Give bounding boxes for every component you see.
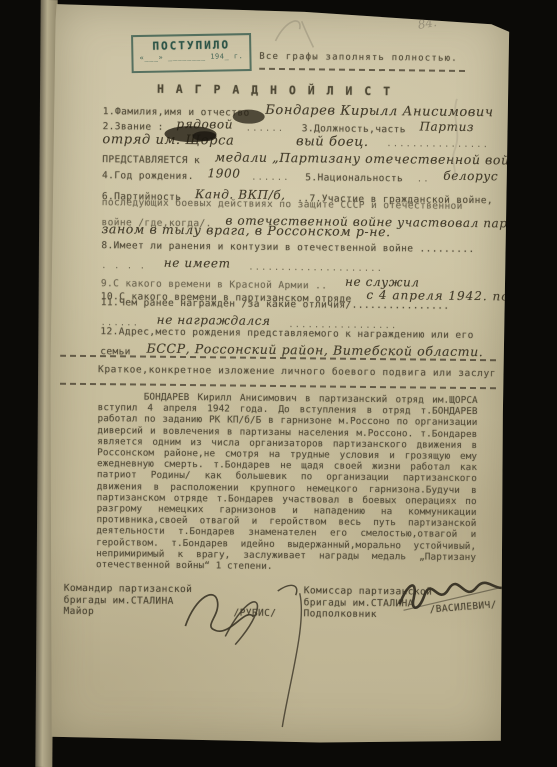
received-stamp: ПОСТУПИЛО «___» ________ 194_ г. [131, 33, 252, 73]
commissar-title-line2: бригады им.СТАЛИНА [304, 597, 414, 609]
received-stamp-date-line: «___» ________ 194_ г. [133, 52, 249, 62]
award-sheet-page: 84. ПОСТУПИЛО «___» ________ 194_ г. Все… [46, 3, 510, 748]
commander-signature-flourish [278, 585, 297, 595]
commander-name: /РУБИС/ [233, 608, 276, 619]
nationality-dots: .. [417, 174, 430, 184]
divider-bottom [60, 383, 498, 390]
page-number-pencil: 84. [417, 15, 438, 32]
commissar-name: /ВАСИЛЕВИЧ/ [429, 599, 497, 615]
nationality-label: 5.Национальность [305, 172, 403, 184]
war-participation-value2: заном в тылу врага, в Россонском р-не. [101, 221, 390, 239]
field-previous-awards-label: 11.Чем ранее награжден /за какие отличия… [101, 297, 450, 312]
unit-value-b: вый боец. [296, 134, 369, 150]
wounds-value: не имеет [164, 256, 231, 271]
fill-note-underline [259, 68, 465, 72]
commander-title-line2: бригады им.СТАЛИНА [64, 594, 174, 606]
nationality-dots2: .... [509, 175, 535, 185]
pencil-squiggle-top [275, 21, 313, 48]
unit-dots: ................ [386, 139, 489, 150]
field-birth-nationality: 4.Год рождения. 1900 ...... 5.Национальн… [102, 163, 535, 187]
birth-year-value: 1900 [207, 166, 240, 180]
commissar-rank: Подполковник [303, 608, 377, 620]
pen-stroke-long [282, 593, 301, 727]
fill-all-fields-note: Все графы заполнять полностью. [259, 52, 458, 64]
citation-text: БОНДАРЕВ Кирилл Анисимович в партизански… [96, 391, 478, 574]
commander-title-line1: Командир партизанской [64, 583, 193, 595]
document-photo: 84. ПОСТУПИЛО «___» ________ 194_ г. Все… [0, 0, 557, 767]
received-stamp-text: ПОСТУПИЛО [133, 38, 249, 53]
summary-heading: Краткое,конкретное изложение личного бое… [98, 364, 496, 379]
nationality-value: белорус [443, 169, 498, 184]
wounds-dots-a: . . . . [101, 261, 146, 271]
birth-year-label: 4.Год рождения. [102, 170, 194, 182]
previous-awards-value: не награждался [157, 313, 271, 328]
war-participation-line2: последующих боевых действиях по защите С… [102, 197, 463, 212]
document-title: Н А Г Р А Д Н О Й Л И С Т [157, 82, 393, 98]
commissar-title-line1: Комиссар партизанской [304, 585, 433, 597]
unit-value-a: отряд им. Щорса [102, 132, 234, 148]
commander-rank: Майор [63, 606, 94, 617]
birth-year-dots: ...... [251, 173, 290, 183]
